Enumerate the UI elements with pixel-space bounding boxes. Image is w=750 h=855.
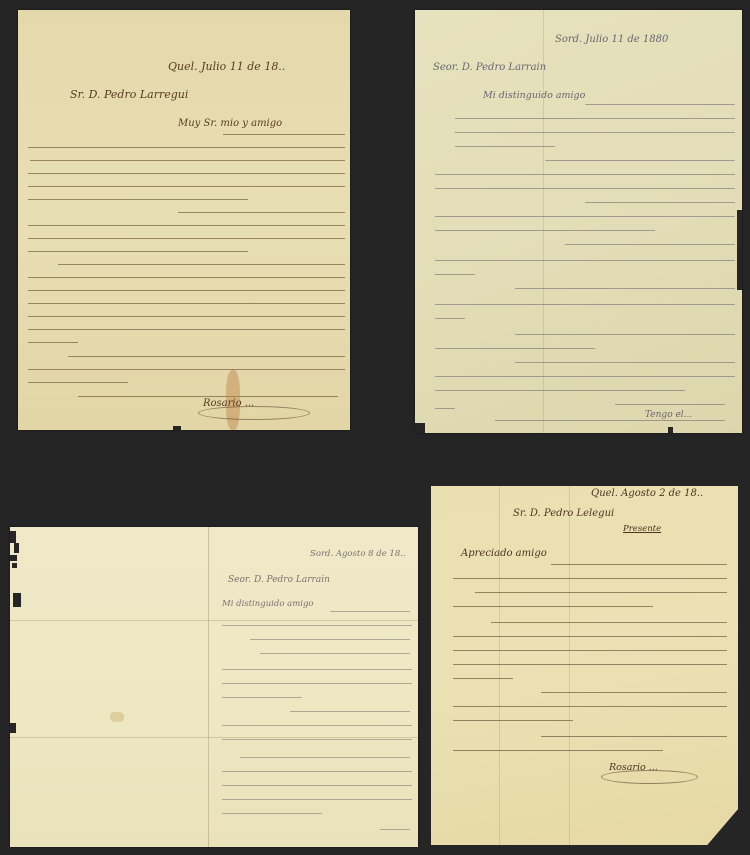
letter-opening: Mi distinguido amigo [483,90,585,101]
letter-bottom-right: Quel. Agosto 2 de 18.. Sr. D. Pedro Lele… [431,486,738,845]
letter-closing: Tengo el... [645,410,692,420]
letter-salutation: Sr. D. Pedro Larregui [70,88,188,101]
letter-opening: Muy Sr. mio y amigo [178,118,282,129]
letter-salutation: Seor. D. Pedro Larrain [228,575,330,585]
letter-date: Quel. Julio 11 de 18.. [168,60,285,73]
letter-salutation: Seor. D. Pedro Larrain [433,62,546,73]
center-fold [208,527,209,847]
letter-date: Sord. Agosto 8 de 18.. [310,549,406,559]
letter-top-right: Sord. Julio 11 de 1880 Seor. D. Pedro La… [415,10,742,433]
letter-top-left: Quel. Julio 11 de 18.. Sr. D. Pedro Larr… [18,10,350,430]
letter-date: Quel. Agosto 2 de 18.. [591,488,703,499]
letter-opening: Apreciado amigo [461,548,547,559]
letter-place: Presente [623,524,661,534]
letter-opening: Mi distinguido amigo [222,599,314,609]
letter-date: Sord. Julio 11 de 1880 [555,34,668,45]
letter-bottom-left: Sord. Agosto 8 de 18.. Seor. D. Pedro La… [10,527,418,847]
letter-salutation: Sr. D. Pedro Lelegui [513,508,614,519]
